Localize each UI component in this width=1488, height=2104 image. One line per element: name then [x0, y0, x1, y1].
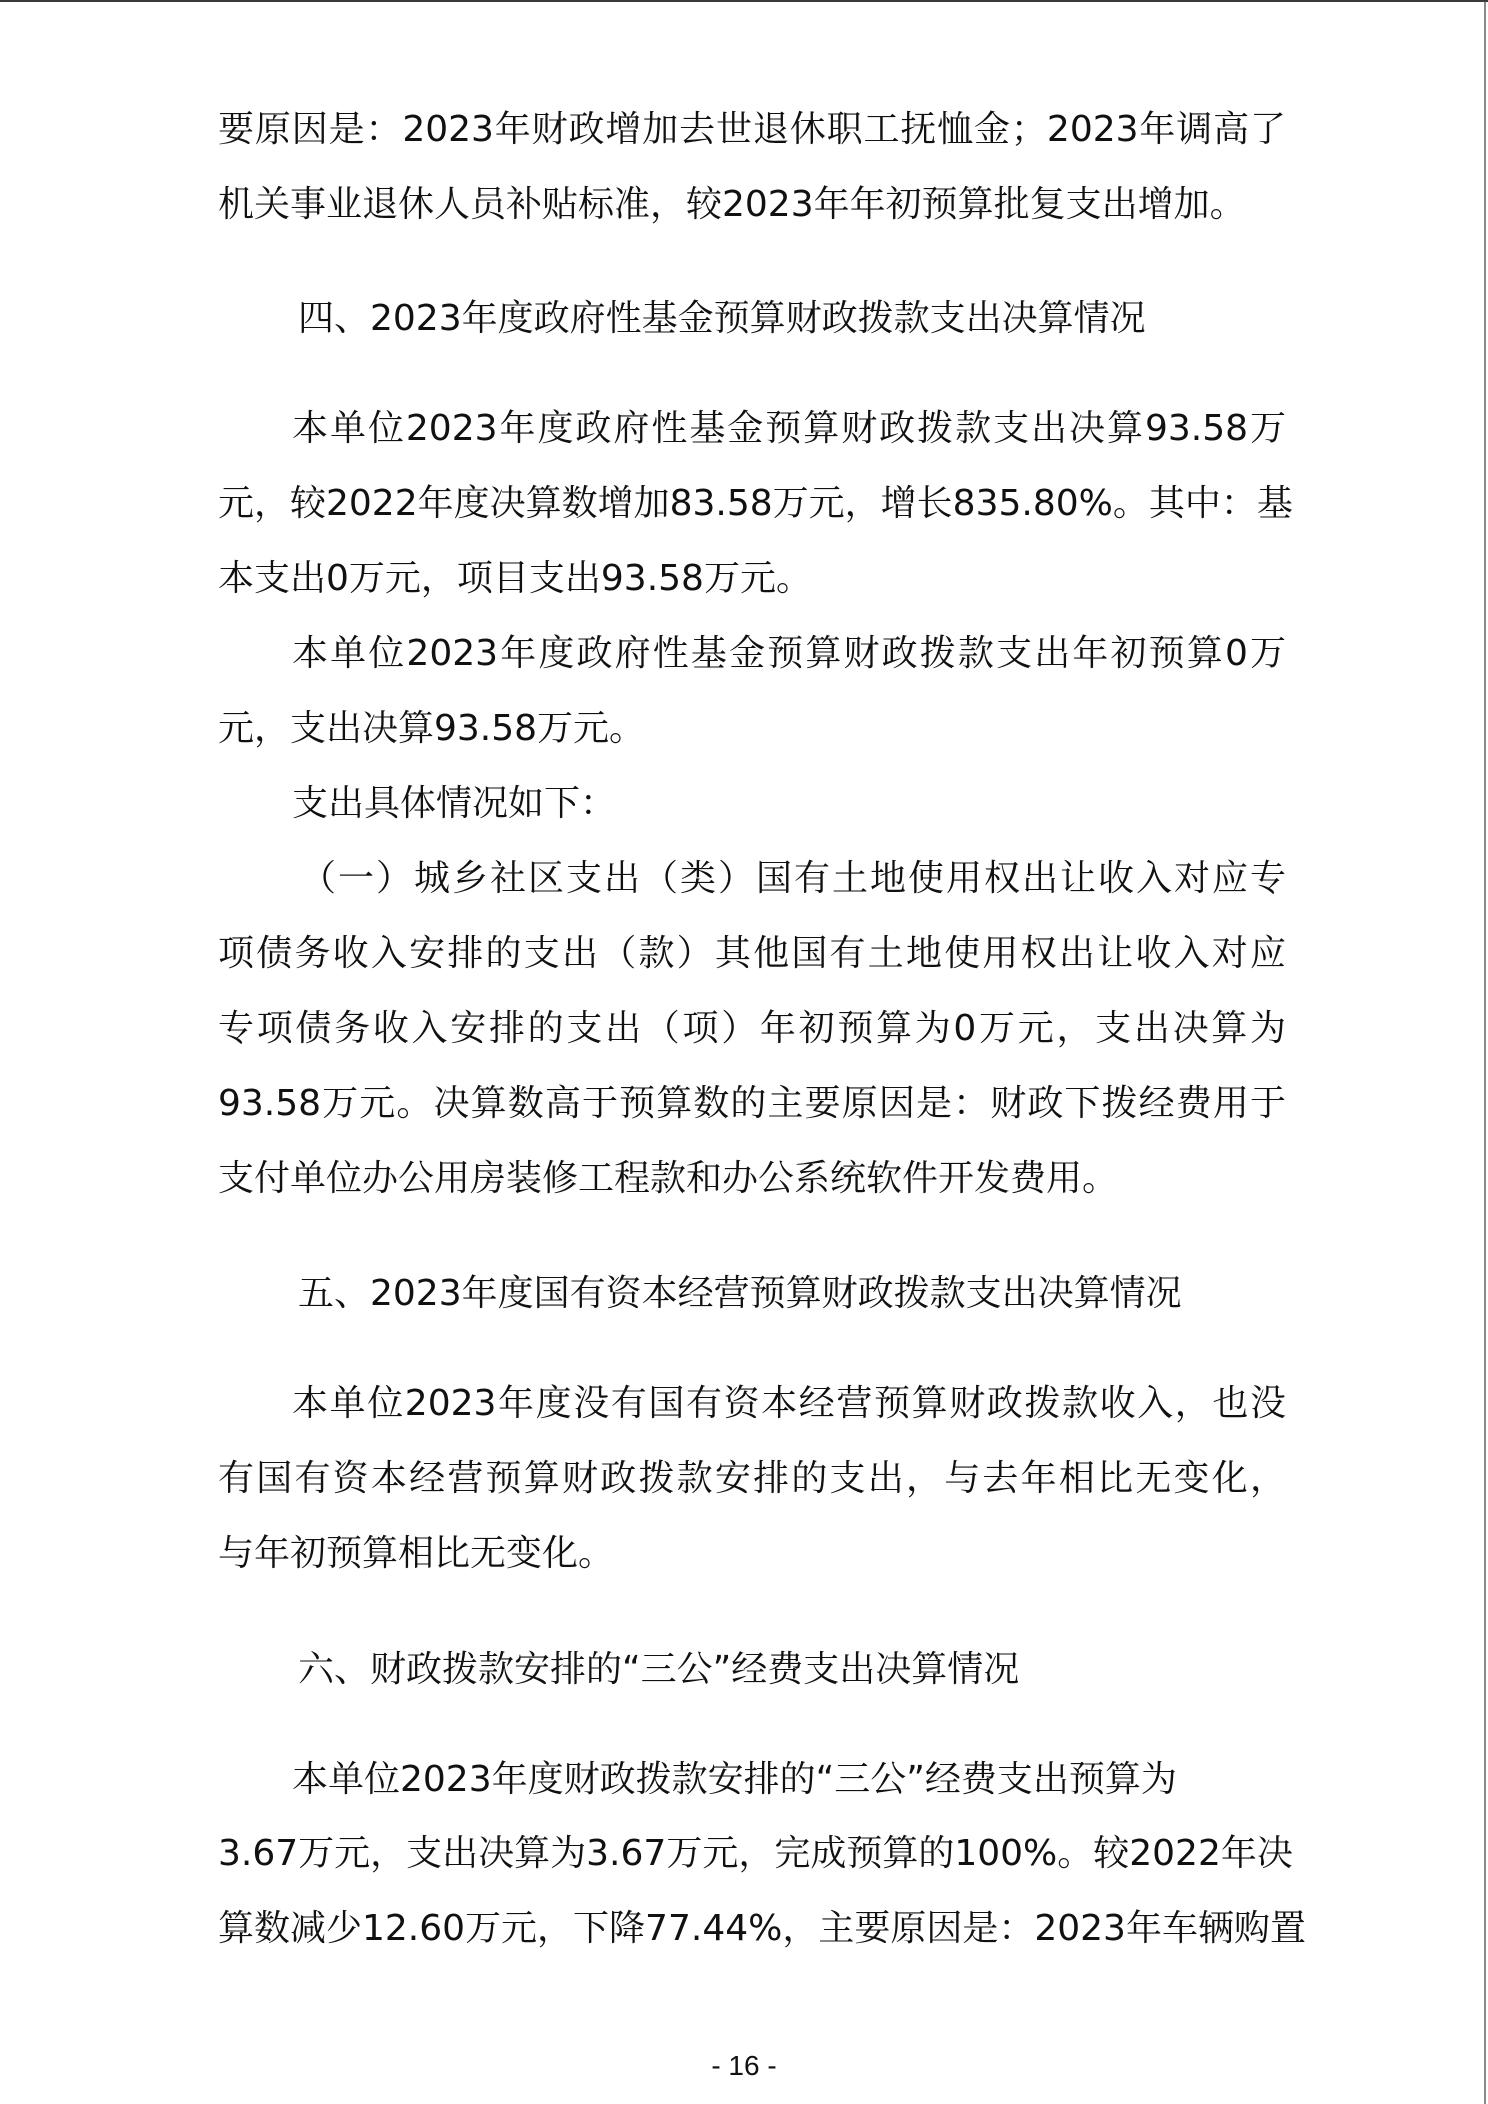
- paragraph-line: 元，较2022年度决算数增加83.58万元，增长835.80%。其中：基: [218, 480, 1286, 528]
- paragraph-line: 机关事业退休人员补贴标准，较2023年年初预算批复支出增加。: [218, 181, 1286, 229]
- paragraph-line: 要原因是：2023年财政增加去世退休职工抚恤金；2023年调高了: [218, 106, 1286, 154]
- paragraph-line: 93.58万元。决算数高于预算数的主要原因是：财政下拨经费用于: [218, 1080, 1286, 1128]
- paragraph-line: 与年初预算相比无变化。: [218, 1530, 1286, 1578]
- page-number: - 16 -: [0, 2046, 1488, 2086]
- paragraph-line: 支付单位办公用房装修工程款和办公系统软件开发费用。: [218, 1155, 1286, 1203]
- paragraph-line: 本单位2023年度没有国有资本经营预算财政拨款收入，也没: [292, 1380, 1286, 1428]
- paragraph-line: 算数减少12.60万元，下降77.44%，主要原因是：2023年车辆购置: [218, 1905, 1286, 1953]
- paragraph-line: 本单位2023年度政府性基金预算财政拨款支出年初预算0万: [292, 630, 1286, 678]
- document-page: 要原因是：2023年财政增加去世退休职工抚恤金；2023年调高了 机关事业退休人…: [0, 0, 1488, 2104]
- paragraph-line: 本单位2023年度政府性基金预算财政拨款支出决算93.58万: [292, 405, 1286, 453]
- paragraph-line: 元，支出决算93.58万元。: [218, 705, 1286, 753]
- paragraph-line: 本单位2023年度财政拨款安排的“三公”经费支出预算为: [292, 1756, 1286, 1804]
- paragraph-line: 本支出0万元，项目支出93.58万元。: [218, 555, 1286, 603]
- section-heading-5: 五、2023年度国有资本经营预算财政拨款支出决算情况: [298, 1270, 1182, 1318]
- paragraph-line: 有国有资本经营预算财政拨款安排的支出，与去年相比无变化，: [218, 1455, 1286, 1503]
- section-heading-6: 六、财政拨款安排的“三公”经费支出决算情况: [298, 1646, 1019, 1694]
- paragraph-line: 项债务收入安排的支出（款）其他国有土地使用权出让收入对应: [218, 930, 1286, 978]
- paragraph-line: 3.67万元，支出决算为3.67万元，完成预算的100%。较2022年决: [218, 1830, 1286, 1878]
- paragraph-line: 支出具体情况如下：: [292, 780, 1286, 828]
- section-heading-4: 四、2023年度政府性基金预算财政拨款支出决算情况: [298, 295, 1146, 343]
- page-right-edge: [1484, 2, 1486, 2104]
- paragraph-line: 专项债务收入安排的支出（项）年初预算为0万元，支出决算为: [218, 1005, 1286, 1053]
- subsection-line: （一）城乡社区支出（类）国有土地使用权出让收入对应专: [300, 855, 1286, 903]
